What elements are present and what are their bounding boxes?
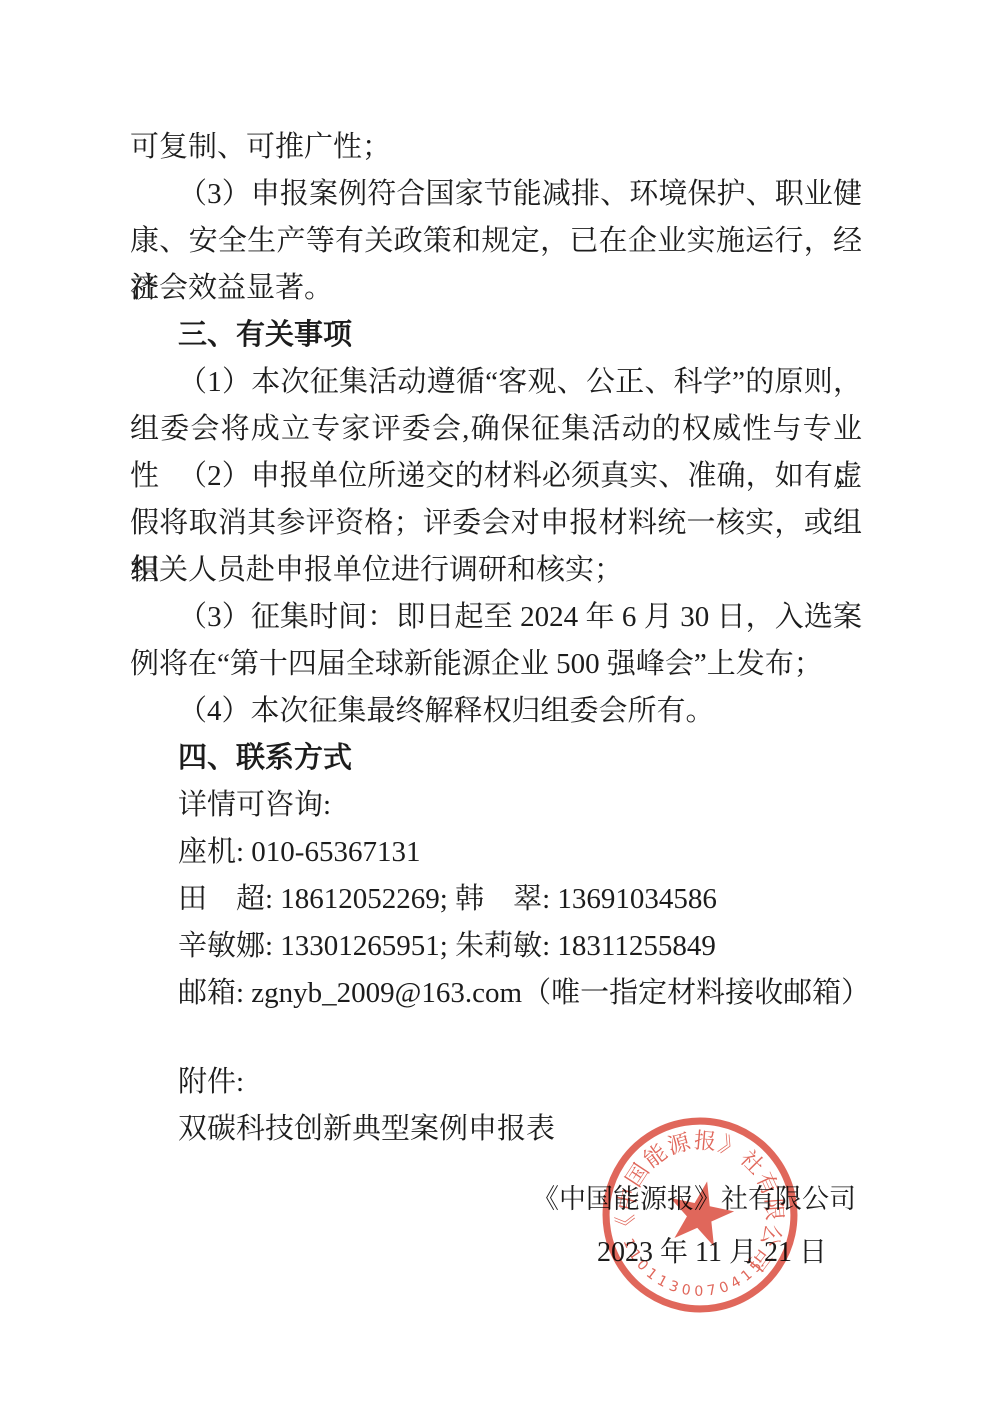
- text-line: 社会效益显著。: [130, 265, 862, 312]
- section-heading-4: 四、联系方式: [130, 735, 862, 782]
- contact-intro: 详情可咨询:: [130, 782, 862, 829]
- contact-email: 邮箱: zgnyb_2009@163.com（唯一指定材料接收邮箱）: [130, 970, 862, 1017]
- contact-phones-row-2: 辛敏娜: 13301265951; 朱莉敏: 18311255849: [130, 923, 862, 970]
- text-line: （3）征集时间：即日起至 2024 年 6 月 30 日，入选案: [130, 594, 862, 641]
- text-line: （3）申报案例符合国家节能减排、环境保护、职业健: [130, 171, 862, 218]
- signature-date: 2023 年 11 月 21 日: [597, 1229, 827, 1276]
- attachment-label: 附件:: [130, 1059, 862, 1106]
- text-line: 组委会将成立专家评委会,确保征集活动的权威性与专业性；: [130, 406, 862, 453]
- text-line: 可复制、可推广性；: [130, 124, 862, 171]
- text-line: 相关人员赴申报单位进行调研和核实；: [130, 547, 862, 594]
- text-line: 康、安全生产等有关政策和规定，已在企业实施运行，经济: [130, 218, 862, 265]
- attachment-title: 双碳科技创新典型案例申报表: [130, 1106, 862, 1153]
- signature-company: 《中国能源报》社有限公司: [532, 1176, 856, 1223]
- text-line: （2）申报单位所递交的材料必须真实、准确，如有虚: [130, 453, 862, 500]
- text-line: （1）本次征集活动遵循“客观、公正、科学”的原则，: [130, 359, 862, 406]
- text-line: （4）本次征集最终解释权归组委会所有。: [130, 688, 862, 735]
- contact-landline: 座机: 010-65367131: [130, 829, 862, 876]
- section-heading-3: 三、有关事项: [130, 312, 862, 359]
- text-line: 假将取消其参评资格；评委会对申报材料统一核实，或组织: [130, 500, 862, 547]
- text-line: 例将在“第十四届全球新能源企业 500 强峰会”上发布；: [130, 641, 862, 688]
- contact-phones-row-1: 田 超: 18612052269; 韩 翠: 13691034586: [130, 876, 862, 923]
- document-page: 可复制、可推广性； （3）申报案例符合国家节能减排、环境保护、职业健 康、安全生…: [0, 0, 992, 1402]
